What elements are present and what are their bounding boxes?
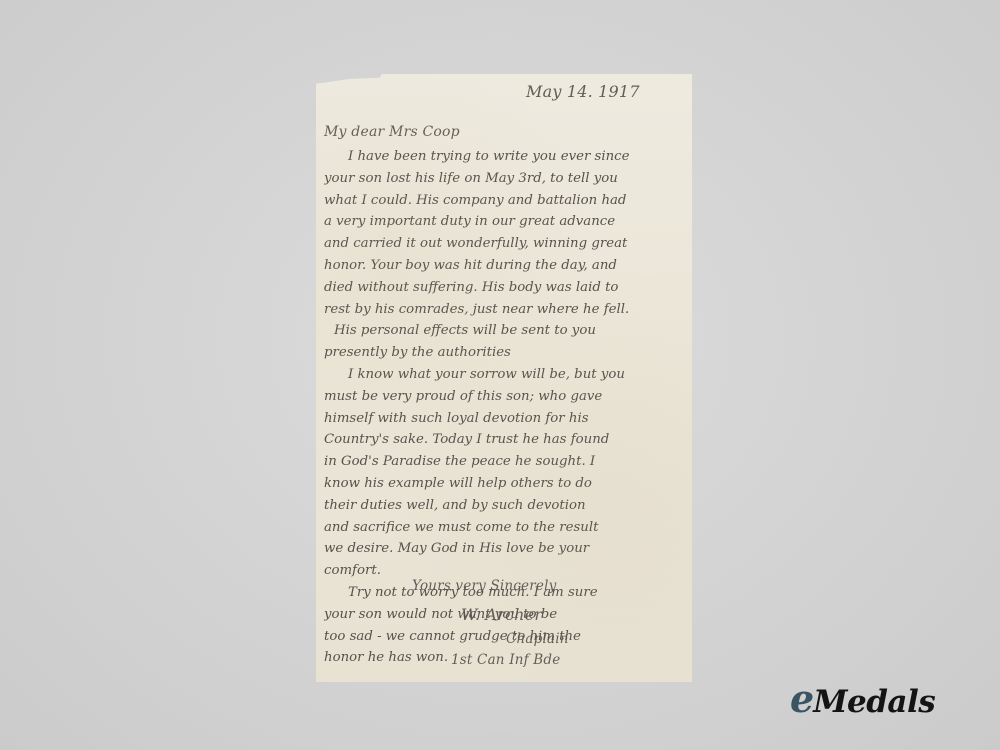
letter-line: I have been trying to write you ever sin… (324, 146, 684, 168)
letter-line: we desire. May God in His love be your (324, 538, 684, 560)
letter-line: their duties well, and by such devotion (324, 495, 684, 517)
logo-wordmark: Medals (813, 684, 935, 720)
logo-e-mark: e (790, 676, 813, 721)
emedals-logo: e Medals (790, 676, 935, 716)
letter-line: His personal effects will be sent to you (324, 320, 684, 342)
letter-date: May 14. 1917 (526, 82, 640, 101)
letter-line: presently by the authorities (324, 342, 684, 364)
letter-line: rest by his comrades, just near where he… (324, 299, 684, 321)
letter-line: and sacrifice we must come to the result (324, 517, 684, 539)
handwritten-letter: May 14. 1917 My dear Mrs Coop I have bee… (316, 74, 692, 682)
letter-line: and carried it out wonderfully, winning … (324, 233, 684, 255)
letter-line: what I could. His company and battalion … (324, 190, 684, 212)
letter-salutation: My dear Mrs Coop (324, 124, 460, 140)
letter-closing: Yours very Sincerely (412, 578, 556, 594)
letter-line: must be very proud of this son; who gave (324, 386, 684, 408)
letter-line: in God's Paradise the peace he sought. I (324, 451, 684, 473)
letter-line: your son lost his life on May 3rd, to te… (324, 168, 684, 190)
letter-line: honor. Your boy was hit during the day, … (324, 255, 684, 277)
letter-line: a very important duty in our great advan… (324, 211, 684, 233)
letter-signature: W. Archer (461, 605, 542, 624)
letter-line: Country's sake. Today I trust he has fou… (324, 429, 684, 451)
letter-line: I know what your sorrow will be, but you (324, 364, 684, 386)
letter-line: too sad - we cannot grudge to him the (324, 626, 684, 648)
letter-line: died without suffering. His body was lai… (324, 277, 684, 299)
signer-unit: 1st Can Inf Bde (451, 652, 560, 668)
letter-line: himself with such loyal devotion for his (324, 408, 684, 430)
letter-line: know his example will help others to do (324, 473, 684, 495)
signer-title: Chaplain (506, 631, 569, 647)
